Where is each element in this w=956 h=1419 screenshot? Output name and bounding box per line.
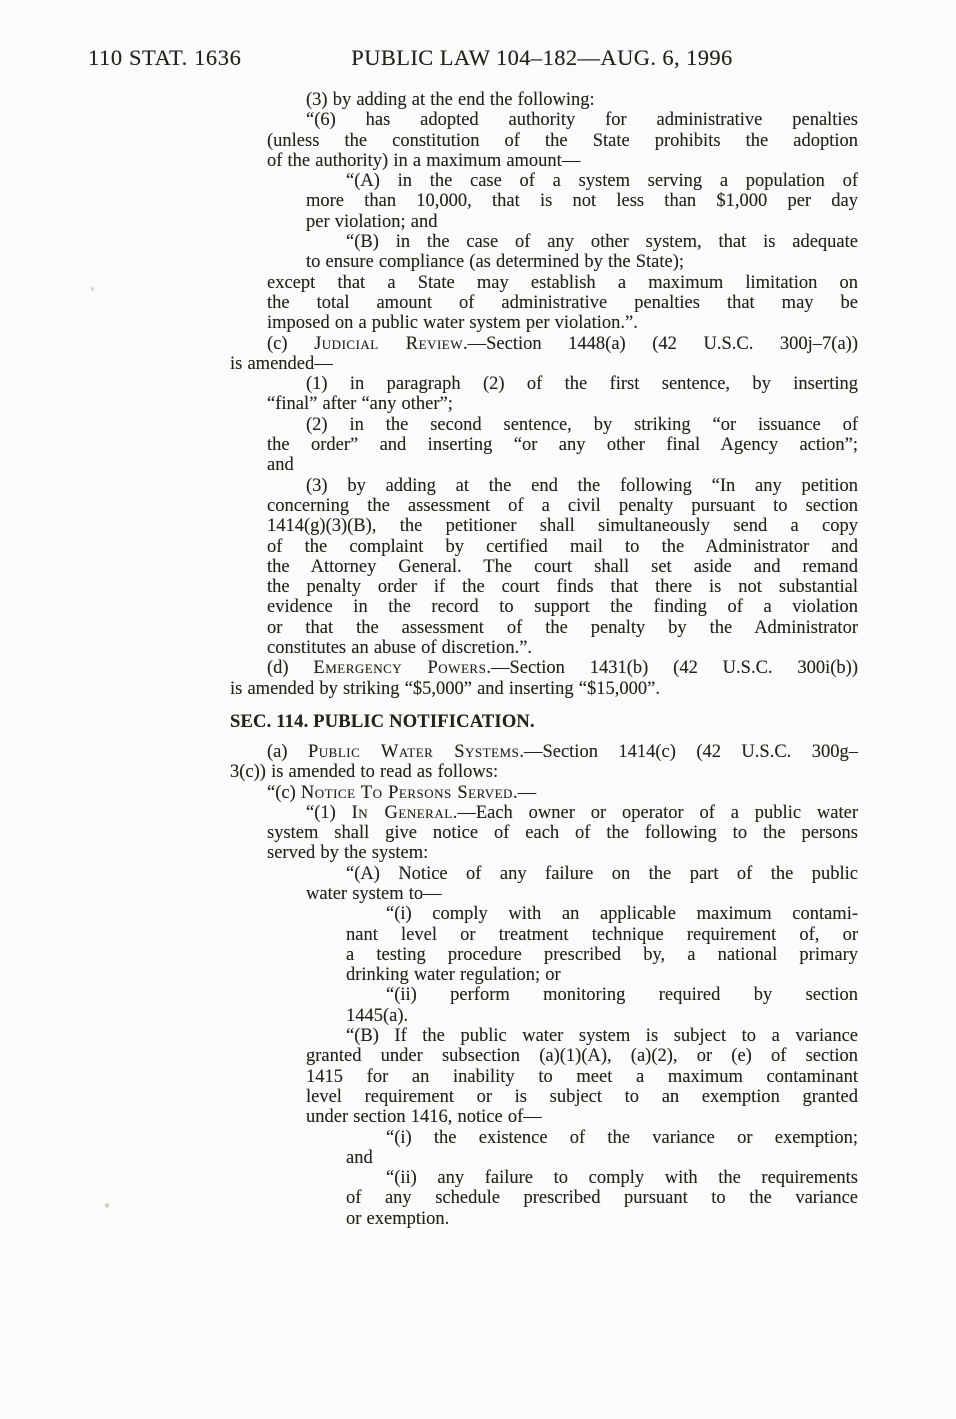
text-line: (a) Public Water Systems.—Section 1414(c… (267, 742, 858, 762)
text-segment: to ensure compliance (as determined by t… (306, 252, 684, 272)
text-line: and (346, 1148, 858, 1168)
text-segment: “(i) the existence of the variance or ex… (386, 1128, 858, 1148)
scanned-statute-page: 110 STAT. 1636 PUBLIC LAW 104–182—AUG. 6… (0, 0, 956, 1419)
text-line: or exemption. (346, 1209, 858, 1229)
text-line: 1414(g)(3)(B), the petitioner shall simu… (267, 516, 858, 536)
text-line: “(A) in the case of a system serving a p… (346, 171, 858, 191)
text-line: (1) in paragraph (2) of the first senten… (306, 374, 858, 394)
text-line: concerning the assessment of a civil pen… (267, 496, 858, 516)
text-segment: of any schedule prescribed pursuant to t… (346, 1188, 858, 1208)
text-line: the penalty order if the court finds tha… (267, 577, 858, 597)
text-segment: “(i) comply with an applicable maximum c… (386, 904, 858, 924)
text-line: a testing procedure prescribed by, a nat… (346, 945, 858, 965)
text-segment: “(ii) any failure to comply with the req… (386, 1168, 858, 1188)
text-line: (2) in the second sentence, by striking … (306, 415, 858, 435)
text-segment: and (346, 1148, 373, 1168)
text-segment: except that a State may establish a maxi… (267, 273, 858, 293)
text-line: granted under subsection (a)(1)(A), (a)(… (306, 1046, 858, 1066)
text-line: level requirement or is subject to an ex… (306, 1087, 858, 1107)
text-line: “(i) comply with an applicable maximum c… (386, 904, 858, 924)
text-segment: water system to— (306, 884, 442, 904)
text-segment: the order” and inserting “or any other f… (267, 435, 858, 455)
text-line: to ensure compliance (as determined by t… (306, 252, 858, 272)
text-line: per violation; and (306, 212, 858, 232)
text-line: more than 10,000, that is not less than … (306, 191, 858, 211)
text-segment: “final” after “any other”; (267, 394, 453, 414)
text-line: (unless the constitution of the State pr… (267, 131, 858, 151)
text-segment: the penalty order if the court finds tha… (267, 577, 858, 597)
text-line: the total amount of administrative penal… (267, 293, 858, 313)
text-segment: of the authority) in a maximum amount— (267, 151, 580, 171)
text-line: is amended— (230, 354, 858, 374)
text-segment: granted under subsection (a)(1)(A), (a)(… (306, 1046, 858, 1066)
text-line: the order” and inserting “or any other f… (267, 435, 858, 455)
text-segment: under section 1416, notice of— (306, 1107, 542, 1127)
text-line: (3) by adding at the end the following: (306, 90, 858, 110)
text-segment: (3) by adding at the end the following: (306, 90, 595, 110)
text-line: imposed on a public water system per vio… (267, 313, 858, 333)
text-line: 1415 for an inability to meet a maximum … (306, 1067, 858, 1087)
text-segment: is amended by striking “$5,000” and inse… (230, 679, 660, 699)
text-segment: .—Section 1448(a) (42 U.S.C. 300j–7(a)) (463, 334, 858, 354)
text-segment: or that the assessment of the penalty by… (267, 618, 858, 638)
text-segment: (unless the constitution of the State pr… (267, 131, 858, 151)
text-segment: “(6) has adopted authority for administr… (306, 110, 858, 130)
text-line: constitutes an abuse of discretion.”. (267, 638, 858, 658)
text-line: “(6) has adopted authority for administr… (306, 110, 858, 130)
text-line: drinking water regulation; or (346, 965, 858, 985)
text-line: “(1) In General.—Each owner or operator … (306, 803, 858, 823)
text-line: 3(c)) is amended to read as follows: (230, 762, 858, 782)
text-line: 1445(a). (346, 1006, 858, 1026)
text-segment: system shall give notice of each of the … (267, 823, 858, 843)
text-line: “(ii) any failure to comply with the req… (386, 1168, 858, 1188)
text-segment: “(A) Notice of any failure on the part o… (346, 864, 858, 884)
text-segment: (c) (267, 334, 314, 354)
stat-page-number: 110 STAT. 1636 (88, 45, 241, 71)
text-segment: .—Each owner or operator of a public wat… (453, 803, 858, 823)
text-segment: more than 10,000, that is not less than … (306, 191, 858, 211)
text-segment: .— (513, 783, 536, 803)
text-segment: and (267, 455, 294, 475)
text-segment: evidence in the record to support the fi… (267, 597, 858, 617)
small-caps-phrase: Judicial Review (314, 334, 463, 354)
text-line: evidence in the record to support the fi… (267, 597, 858, 617)
text-segment: the total amount of administrative penal… (267, 293, 858, 313)
text-segment: of the complaint by certified mail to th… (267, 537, 858, 557)
text-segment: a testing procedure prescribed by, a nat… (346, 945, 858, 965)
text-line: (d) Emergency Powers.—Section 1431(b) (4… (267, 658, 858, 678)
text-line: is amended by striking “$5,000” and inse… (230, 679, 858, 699)
text-segment: (d) (267, 658, 313, 678)
text-segment: per violation; and (306, 212, 438, 232)
scan-speck (105, 1203, 109, 1208)
text-line: (3) by adding at the end the following “… (306, 476, 858, 496)
text-segment: (2) in the second sentence, by striking … (306, 415, 858, 435)
text-line: of the complaint by certified mail to th… (267, 537, 858, 557)
text-segment: (3) by adding at the end the following “… (306, 476, 858, 496)
text-segment: the Attorney General. The court shall se… (267, 557, 858, 577)
text-segment: .—Section 1431(b) (42 U.S.C. 300i(b)) (486, 658, 858, 678)
text-line: “(c) Notice To Persons Served.— (267, 783, 858, 803)
text-segment: imposed on a public water system per vio… (267, 313, 638, 333)
text-segment: drinking water regulation; or (346, 965, 561, 985)
text-line: water system to— (306, 884, 858, 904)
small-caps-phrase: In General (352, 803, 453, 823)
text-segment: or exemption. (346, 1209, 449, 1229)
running-title: PUBLIC LAW 104–182—AUG. 6, 1996 (228, 45, 856, 71)
text-segment: “(1) (306, 803, 352, 823)
text-segment: level requirement or is subject to an ex… (306, 1087, 858, 1107)
text-segment: 1414(g)(3)(B), the petitioner shall simu… (267, 516, 858, 536)
section-heading: SEC. 114. PUBLIC NOTIFICATION. (230, 711, 858, 733)
text-segment: “(ii) perform monitoring required by sec… (386, 985, 858, 1005)
text-segment: “(A) in the case of a system serving a p… (346, 171, 858, 191)
text-line: or that the assessment of the penalty by… (267, 618, 858, 638)
text-line: “(B) If the public water system is subje… (346, 1026, 858, 1046)
text-segment: constitutes an abuse of discretion.”. (267, 638, 532, 658)
text-line: “(A) Notice of any failure on the part o… (346, 864, 858, 884)
text-line: the Attorney General. The court shall se… (267, 557, 858, 577)
text-line: (c) Judicial Review.—Section 1448(a) (42… (267, 334, 858, 354)
text-segment: 1445(a). (346, 1006, 408, 1026)
scan-speck (91, 287, 94, 291)
text-line: under section 1416, notice of— (306, 1107, 858, 1127)
text-segment: is amended— (230, 354, 333, 374)
small-caps-phrase: Public Water Systems (308, 742, 519, 762)
text-segment: “(B) in the case of any other system, th… (346, 232, 858, 252)
text-segment: .—Section 1414(c) (42 U.S.C. 300g– (519, 742, 858, 762)
text-line: system shall give notice of each of the … (267, 823, 858, 843)
small-caps-phrase: Emergency Powers (313, 658, 486, 678)
text-line: nant level or treatment technique requir… (346, 925, 858, 945)
text-segment: (a) (267, 742, 308, 762)
text-segment: nant level or treatment technique requir… (346, 925, 858, 945)
text-line: of any schedule prescribed pursuant to t… (346, 1188, 858, 1208)
running-head: 110 STAT. 1636 PUBLIC LAW 104–182—AUG. 6… (0, 45, 956, 73)
text-segment: “(c) (267, 783, 301, 803)
text-line: except that a State may establish a maxi… (267, 273, 858, 293)
text-line: “(ii) perform monitoring required by sec… (386, 985, 858, 1005)
text-line: “(i) the existence of the variance or ex… (386, 1128, 858, 1148)
text-line: of the authority) in a maximum amount— (267, 151, 858, 171)
statute-text: (3) by adding at the end the following:“… (230, 90, 858, 1229)
text-segment: 3(c)) is amended to read as follows: (230, 762, 498, 782)
text-segment: (1) in paragraph (2) of the first senten… (306, 374, 858, 394)
text-segment: concerning the assessment of a civil pen… (267, 496, 858, 516)
text-line: “(B) in the case of any other system, th… (346, 232, 858, 252)
text-segment: 1415 for an inability to meet a maximum … (306, 1067, 858, 1087)
text-segment: served by the system: (267, 843, 428, 863)
small-caps-phrase: Notice To Persons Served (301, 783, 513, 803)
text-line: served by the system: (267, 843, 858, 863)
text-line: and (267, 455, 858, 475)
text-line: “final” after “any other”; (267, 394, 858, 414)
text-segment: “(B) If the public water system is subje… (346, 1026, 858, 1046)
